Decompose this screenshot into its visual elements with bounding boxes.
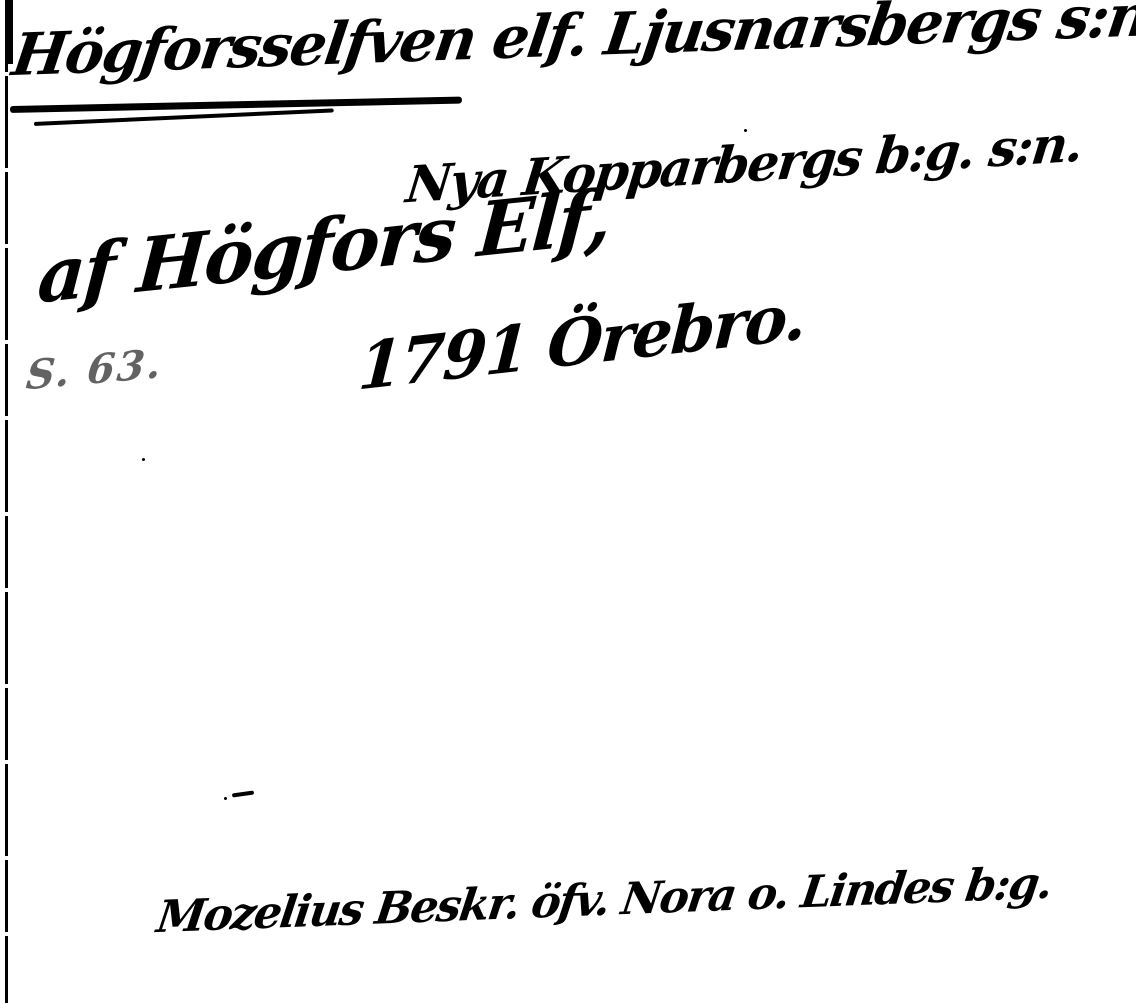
year-place-line: 1791 Örebro. xyxy=(355,286,808,400)
margin-note-text: S. 63. xyxy=(24,344,164,396)
title-underline-primary xyxy=(10,97,462,113)
ink-dot xyxy=(744,129,747,132)
year-place-text: 1791 Örebro. xyxy=(356,285,806,401)
title-underlined-word: Högforsselfven xyxy=(8,5,480,90)
ink-speck xyxy=(232,790,254,797)
margin-note: S. 63. xyxy=(25,344,165,396)
title-line: Högforsselfvenelf. Ljusnarsbergs s:n. xyxy=(12,0,1136,84)
page-edge-line xyxy=(5,0,8,1003)
attribution-line: Mozelius Beskr. öfv. Nora o. Lindes b:g. xyxy=(156,862,1051,940)
subject-line-text: af Högfors Elf, xyxy=(36,180,613,315)
ink-dot xyxy=(224,797,227,800)
title-line-rest: elf. Ljusnarsbergs s:n. xyxy=(488,0,1136,72)
subject-line: af Högfors Elf, xyxy=(34,180,613,314)
manuscript-page: Högforsselfvenelf. Ljusnarsbergs s:n. Ny… xyxy=(0,0,1136,1003)
attribution-line-text: Mozelius Beskr. öfv. Nora o. Lindes b:g. xyxy=(154,862,1054,941)
ink-dot xyxy=(142,458,145,461)
